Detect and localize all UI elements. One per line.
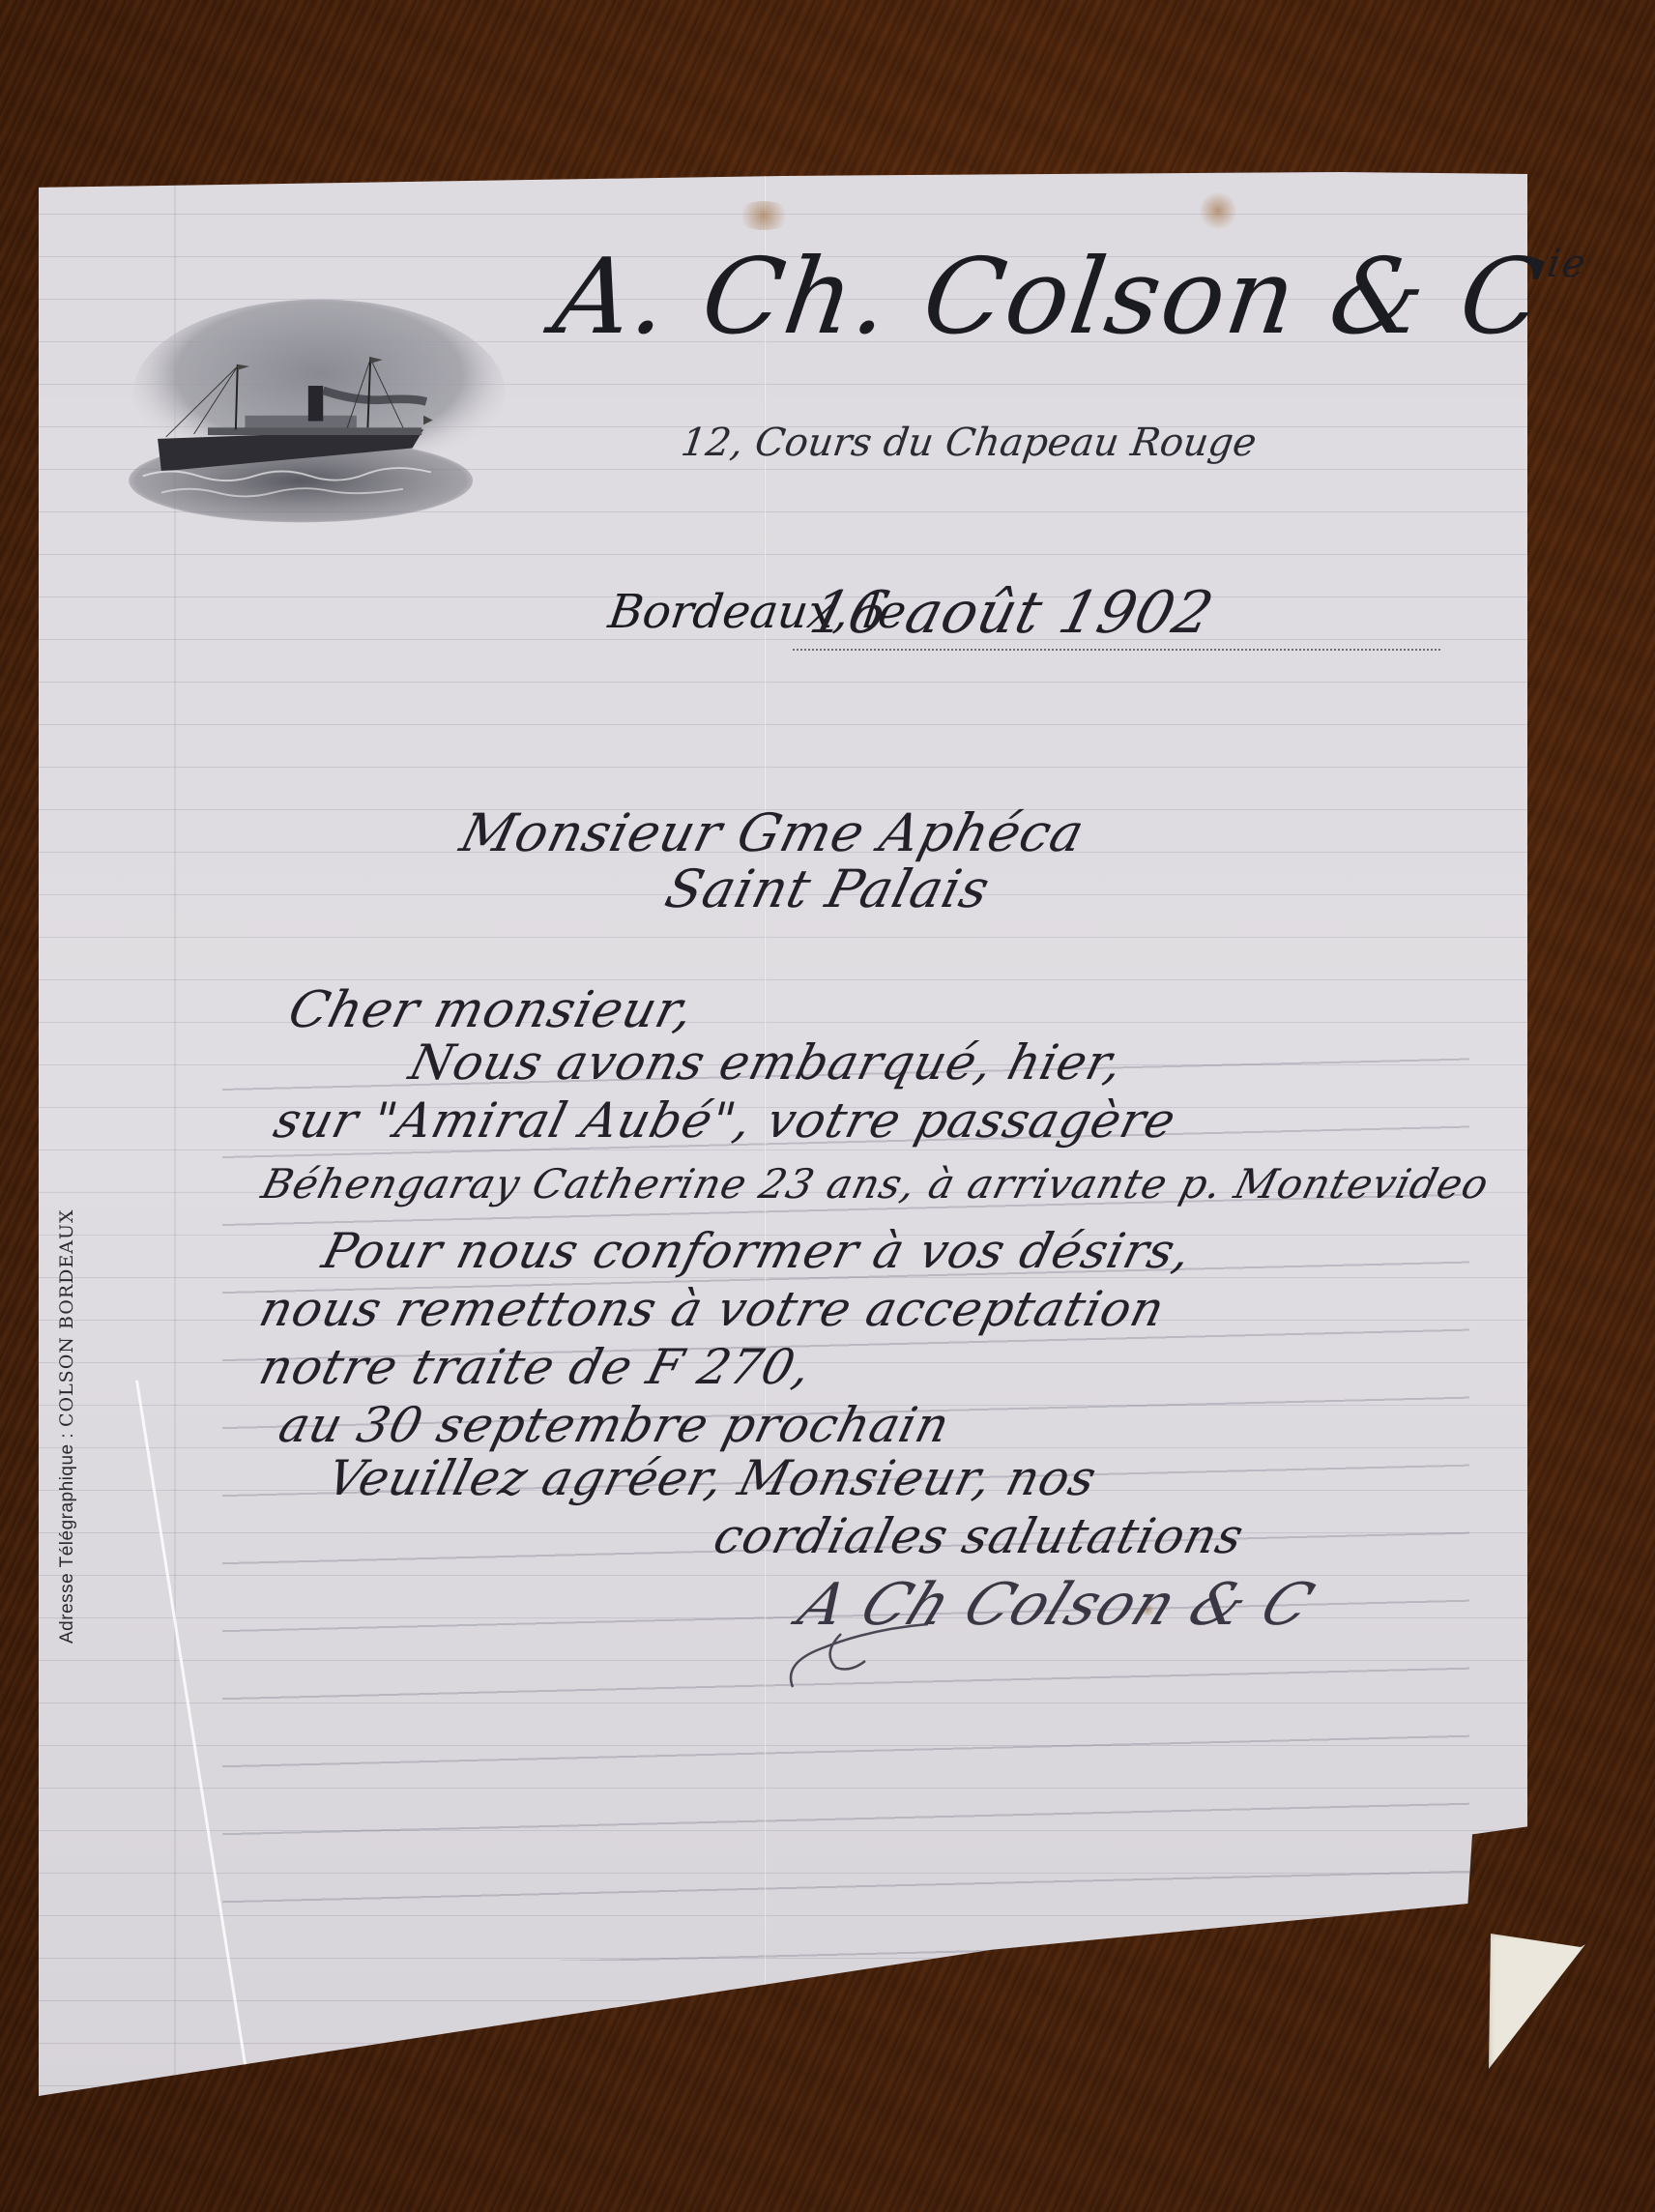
body-line: sur "Amiral Aubé", votre passagère [269, 1092, 1182, 1149]
telegraph-value: COLSON BORDEAUX [56, 1208, 77, 1427]
place-date-line: Bordeaux, le 16 août 1902 [609, 585, 1440, 653]
addressee-name: Monsieur Gme Aphéca [454, 802, 1090, 863]
company-name-suffix: ie [1545, 242, 1590, 286]
closing-line: Veuillez agréer, Monsieur, nos [322, 1450, 1103, 1506]
body-line: Nous avons embarqué, hier, [404, 1034, 1129, 1091]
company-address: 12, Cours du Chapeau Rouge [679, 421, 1260, 465]
telegraph-label: Adresse Télégraphique : [57, 1433, 77, 1644]
body-line: nous remettons à votre acceptation [254, 1281, 1171, 1337]
company-name-text: A. Ch. Colson & C [547, 237, 1552, 358]
closing-line: cordiales salutations [709, 1508, 1250, 1564]
date-dotted-line [793, 649, 1440, 651]
steamship-engraving-icon [126, 290, 532, 532]
signature: A Ch Colson & C [789, 1571, 1324, 1639]
body-line: Béhengaray Catherine 23 ans, à arrivante… [257, 1160, 1495, 1208]
body-line-amount: notre traite de F 270, [254, 1339, 818, 1395]
age-stain [1199, 191, 1237, 230]
body-line: au 30 septembre prochain [274, 1397, 956, 1453]
addressee-place: Saint Palais [659, 859, 996, 919]
age-stain [735, 201, 793, 230]
company-name: A. Ch. Colson & Cie [547, 237, 1590, 358]
body-line: Pour nous conformer à vos désirs, [317, 1223, 1198, 1279]
letter-date: 16 août 1902 [803, 579, 1220, 647]
salutation: Cher monsieur, [283, 981, 701, 1039]
telegraph-address: Adresse Télégraphique : COLSON BORDEAUX [56, 1208, 78, 1644]
